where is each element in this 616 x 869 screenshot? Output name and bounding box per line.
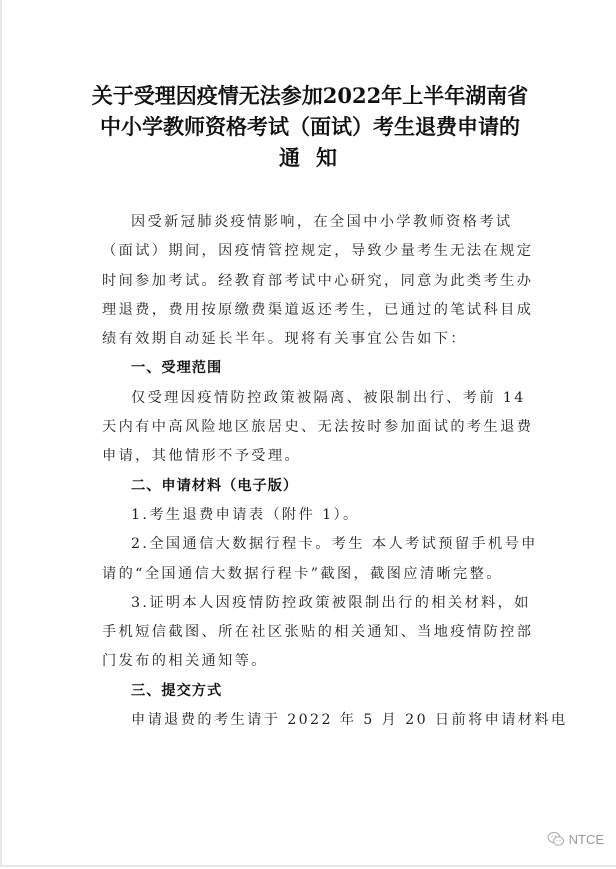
section-heading-submission: 三、提交方式 [102, 677, 522, 706]
text-line: 理退费，费用按原缴费渠道返还考生，已通过的笔试科目成 [102, 296, 522, 325]
scope-paragraph: 仅受理因疫情防控政策被隔离、被限制出行、考前 14 天内有中高风险地区旅居史、无… [102, 384, 522, 472]
text-line: 申请退费的考生请于 2022 年 5 月 20 日前将申请材料电 [102, 706, 522, 735]
text-line: 1.考生退费申请表（附件 1）。 [102, 501, 522, 530]
title-line-3: 通知 [2, 142, 616, 173]
text-line: 手机短信截图、所在社区张贴的相关通知、当地疫情防控部 [102, 618, 522, 647]
text-line: 申请，其他情形不予受理。 [102, 442, 522, 471]
intro-paragraph: 因受新冠肺炎疫情影响，在全国中小学教师资格考试 （面试）期间，因疫情管控规定，导… [102, 208, 522, 354]
watermark-label: NTCE [569, 832, 604, 847]
section-heading-materials: 二、申请材料（电子版） [102, 472, 522, 501]
text-line: 仅受理因疫情防控政策被隔离、被限制出行、考前 14 [102, 384, 522, 413]
document-body: 因受新冠肺炎疫情影响，在全国中小学教师资格考试 （面试）期间，因疫情管控规定，导… [102, 208, 522, 735]
text-line: 绩有效期自动延长半年。现将有关事宜公告如下： [102, 325, 522, 354]
section-heading-scope: 一、受理范围 [102, 354, 522, 383]
submission-paragraph: 申请退费的考生请于 2022 年 5 月 20 日前将申请材料电 [102, 706, 522, 735]
wechat-icon [547, 831, 565, 847]
text-line: 因受新冠肺炎疫情影响，在全国中小学教师资格考试 [102, 208, 522, 237]
text-line: 2.全国通信大数据行程卡。考生 本人考试预留手机号申 [102, 530, 522, 559]
text-line: 请的“全国通信大数据行程卡”截图，截图应清晰完整。 [102, 560, 522, 589]
watermark: NTCE [547, 831, 604, 847]
title-line-1: 关于受理因疫情无法参加2022年上半年湖南省 [2, 80, 616, 111]
materials-item-3: 3.证明本人因疫情防控政策被限制出行的相关材料，如 手机短信截图、所在社区张贴的… [102, 589, 522, 677]
text-line: 时间参加考试。经教育部考试中心研究，同意为此类考生办 [102, 267, 522, 296]
text-line: 3.证明本人因疫情防控政策被限制出行的相关材料，如 [102, 589, 522, 618]
materials-item-1: 1.考生退费申请表（附件 1）。 [102, 501, 522, 530]
document-title: 关于受理因疫情无法参加2022年上半年湖南省 中小学教师资格考试（面试）考生退费… [2, 80, 616, 173]
materials-item-2: 2.全国通信大数据行程卡。考生 本人考试预留手机号申 请的“全国通信大数据行程卡… [102, 530, 522, 589]
text-line: （面试）期间，因疫情管控规定，导致少量考生无法在规定 [102, 237, 522, 266]
title-line-2: 中小学教师资格考试（面试）考生退费申请的 [2, 111, 616, 142]
text-line: 天内有中高风险地区旅居史、无法按时参加面试的考生退费 [102, 413, 522, 442]
text-line: 门发布的相关通知等。 [102, 647, 522, 676]
document-page: 关于受理因疫情无法参加2022年上半年湖南省 中小学教师资格考试（面试）考生退费… [0, 0, 616, 867]
